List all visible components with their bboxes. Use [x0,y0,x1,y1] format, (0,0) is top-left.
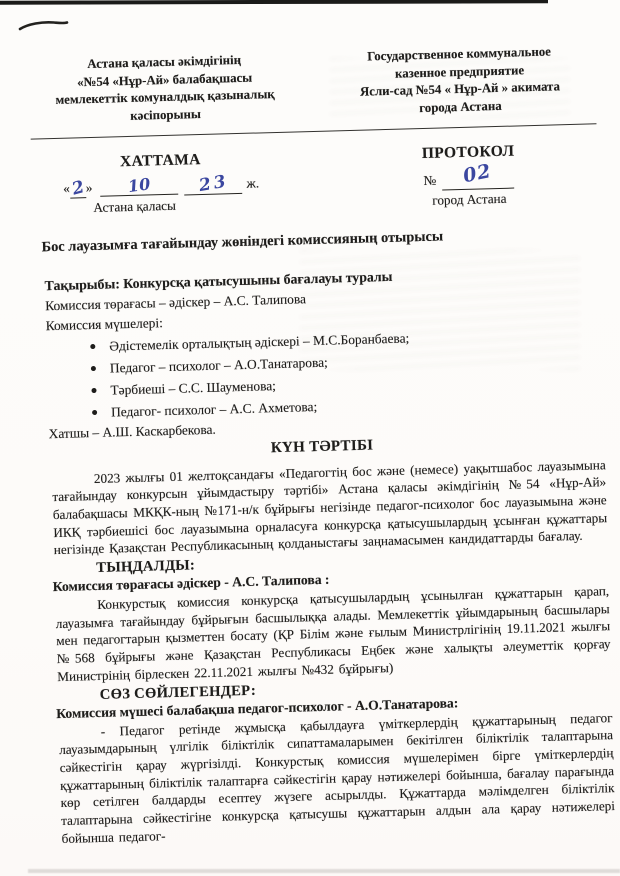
document-body: Астана қаласы әкімдігінің «№54 «Нұр-Ай» … [26,28,618,847]
handwritten-day: 2 [70,177,87,199]
agenda-paragraph: 2023 жылғы 01 желтоқсандағы «Педагогтің … [52,456,608,559]
handwritten-protocol-number: 02 [461,160,493,187]
member-name: Тәрбиеші – С.С. Шауменова; [110,378,276,398]
handwritten-month: 10 [127,174,152,196]
document-title-kk: ХАТТАМА [29,148,292,173]
organization-name-russian: Государственное коммунальное казенное пр… [315,42,598,120]
protocol-russian-block: ПРОТОКОЛ №02 город Астана [337,140,601,211]
bullet-icon [92,410,97,415]
date-line: «2»1023ж. [30,171,293,199]
heard-paragraph: Конкурстық комиссия конкурсқа қатысушыла… [55,582,611,685]
organization-name-kazakh: Астана қаласы әкімдігінің «№54 «Нұр-Ай» … [26,50,317,128]
speaker-paragraph: - Педагог ретінде жұмысқа қабылдауға үмі… [59,709,616,848]
bullet-icon [91,366,96,371]
document-title-ru: ПРОТОКОЛ [337,140,600,165]
scan-edge-artifact [28,869,620,873]
handwritten-year: 23 [197,171,230,196]
bullet-icon [91,388,96,393]
scanned-protocol-document: Астана қаласы әкімдігінің «№54 «Нұр-Ай» … [0,0,620,876]
place-kazakh: Астана қаласы [30,196,239,218]
year-suffix: ж. [246,175,259,190]
meeting-title: Бос лауазымға тағайындау жөніндегі комис… [41,224,601,256]
protocol-title-row: ХАТТАМА «2»1023ж. Астана қаласы ПРОТОКОЛ… [29,140,601,219]
close-quote: » [86,180,93,195]
day-blank: 2 [70,177,87,198]
number-blank: 02 [442,165,515,190]
bullet-icon [90,344,95,349]
scan-edge-artifact [0,0,548,5]
year-blank: 23 [184,173,243,196]
member-name: Әдістемелік орталықтың әдіскері – М.С.Бо… [109,330,409,354]
member-name: Педагог- психолог – А.С. Ахметова; [111,399,318,421]
commission-members-list: Әдістемелік орталықтың әдіскері – М.С.Бо… [34,325,606,422]
protocol-kazakh-block: ХАТТАМА «2»1023ж. Астана қаласы [29,148,293,219]
organization-header: Астана қаласы әкімдігінің «№54 «Нұр-Ай» … [26,42,598,128]
number-sign: № [423,172,436,187]
member-name: Педагог – психолог – А.О.Танатарова; [110,354,328,376]
month-blank: 10 [100,174,179,196]
pen-mark-icon [16,12,72,36]
